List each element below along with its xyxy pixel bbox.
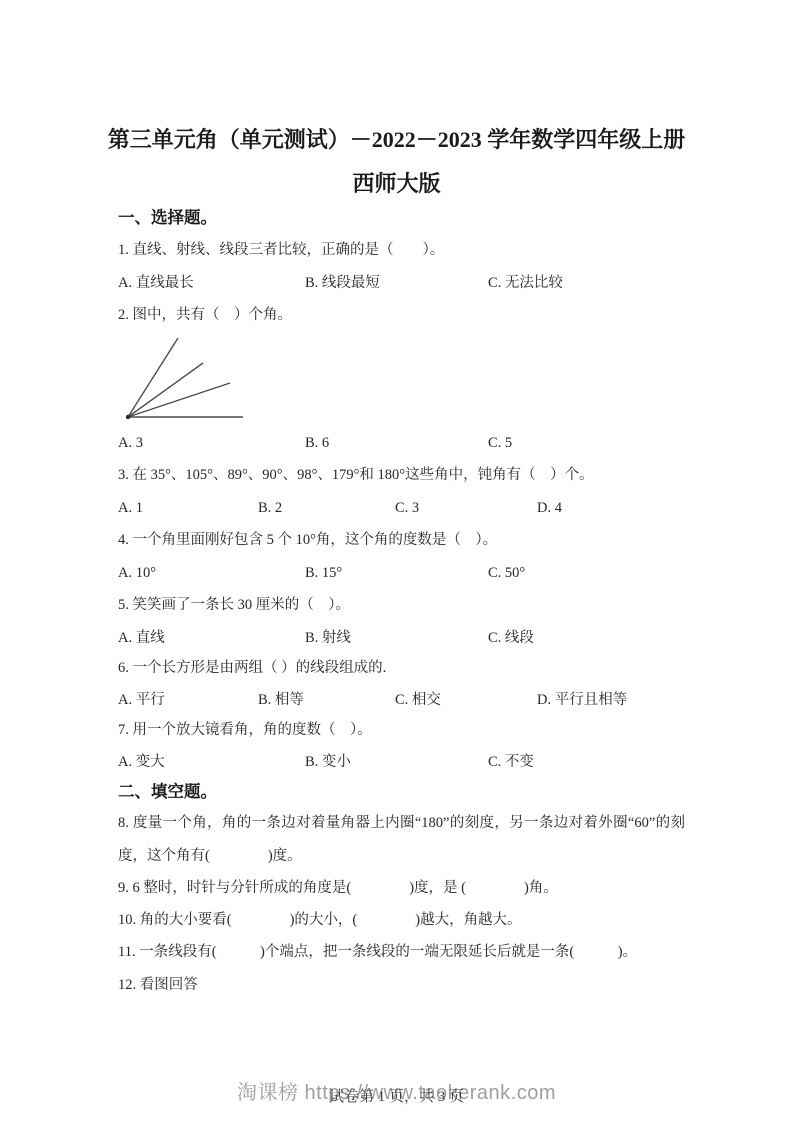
question-2: 2. 图中，共有（ ）个角。	[118, 304, 690, 326]
test-paper-page: 第三单元角（单元测试）－2022－2023 学年数学四年级上册 西师大版 一、选…	[0, 0, 793, 1122]
question-4: 4. 一个角里面刚好包含 5 个 10°角，这个角的度数是（ ）。	[118, 529, 690, 551]
section-heading-choice: 一、选择题。	[118, 207, 217, 229]
option-q3-d: D. 4	[537, 497, 562, 519]
question-7: 7. 用一个放大镜看角，角的度数（ ）。	[118, 719, 690, 741]
option-q3-a: A. 1	[118, 497, 143, 519]
vertex-dot	[126, 415, 130, 419]
paper-title-line1: 第三单元角（单元测试）－2022－2023 学年数学四年级上册	[60, 125, 733, 155]
question-6: 6. 一个长方形是由两组（ ）的线段组成的.	[118, 657, 690, 679]
option-q3-c: C. 3	[395, 497, 419, 519]
option-q6-c: C. 相交	[395, 689, 441, 711]
option-q5-b: B. 射线	[305, 627, 351, 649]
option-q1-b: B. 线段最短	[305, 272, 380, 294]
option-q2-a: A. 3	[118, 432, 143, 454]
angle-rays-figure	[118, 330, 253, 425]
option-q6-d: D. 平行且相等	[537, 689, 627, 711]
option-q1-a: A. 直线最长	[118, 272, 194, 294]
option-q4-b: B. 15°	[305, 562, 342, 584]
question-12: 12. 看图回答	[118, 974, 690, 996]
question-8: 8. 度量一个角，角的一条边对着量角器上内圈“180”的刻度，另一条边对着外圈“…	[118, 807, 685, 872]
section-heading-fill: 二、填空题。	[118, 781, 217, 803]
question-11: 11. 一条线段有( )个端点，把一条线段的一端无限延长后就是一条( )。	[118, 941, 690, 963]
option-q5-c: C. 线段	[488, 627, 534, 649]
option-q6-b: B. 相等	[258, 689, 304, 711]
question-1: 1. 直线、射线、线段三者比较，正确的是（ ）。	[118, 239, 690, 261]
paper-title-line2: 西师大版	[60, 169, 733, 199]
page-number-info: 试卷第 1 页，共 3 页	[0, 1085, 793, 1106]
option-q3-b: B. 2	[258, 497, 282, 519]
question-10: 10. 角的大小要看( )的大小，( )越大，角越大。	[118, 909, 690, 931]
option-q1-c: C. 无法比较	[488, 272, 563, 294]
option-q4-c: C. 50°	[488, 562, 525, 584]
option-q7-a: A. 变大	[118, 751, 165, 773]
option-q7-c: C. 不变	[488, 751, 534, 773]
option-q2-b: B. 6	[305, 432, 329, 454]
question-3: 3. 在 35°、105°、89°、90°、98°、179°和 180°这些角中…	[118, 464, 690, 486]
question-5: 5. 笑笑画了一条长 30 厘米的（ ）。	[118, 594, 690, 616]
question-9: 9. 6 整时，时针与分针所成的角度是( )度，是 ( )角。	[118, 877, 690, 899]
option-q7-b: B. 变小	[305, 751, 351, 773]
option-q4-a: A. 10°	[118, 562, 156, 584]
option-q2-c: C. 5	[488, 432, 512, 454]
option-q5-a: A. 直线	[118, 627, 165, 649]
option-q6-a: A. 平行	[118, 689, 165, 711]
